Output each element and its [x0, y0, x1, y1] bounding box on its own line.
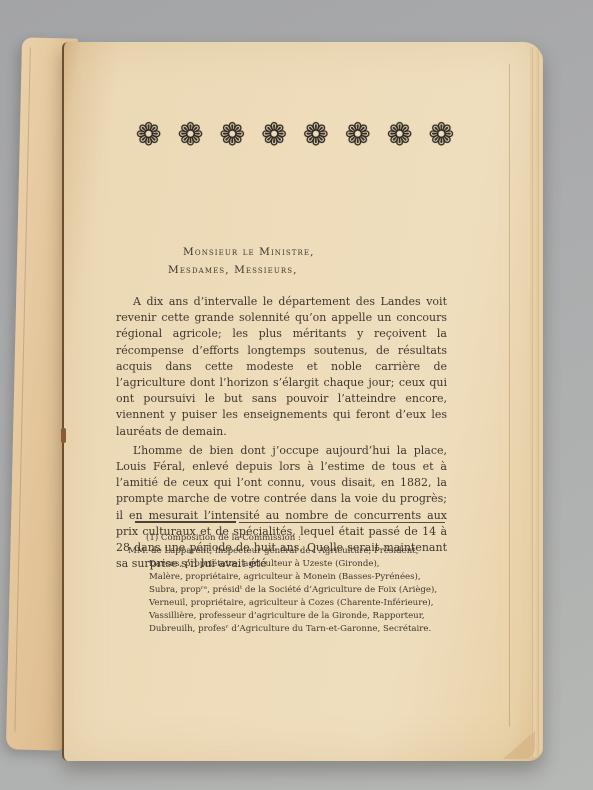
footnote-member: Subra, propʳᵉ, présidᵗ de la Société d’A…: [149, 584, 450, 597]
paragraph: A dix ans d’intervalle le département de…: [116, 294, 447, 440]
footnote-rule-segment: [239, 522, 445, 523]
salutation-line: Monsieur le Ministre,: [183, 243, 315, 261]
ornament-band: ❁ ❁ ❁ ❁ ❁ ❁ ❁ ❁: [0, 114, 593, 156]
binding-thread: [61, 428, 66, 443]
footnote-rule-segment: [135, 521, 236, 523]
footnote-member: Vassillière, professeur d’agriculture de…: [149, 610, 450, 623]
footnote-member: Darcos, propriétaire, agriculteur à Uzes…: [149, 558, 450, 571]
footnote: (1) Composition de la Commission : MM. d…: [128, 532, 450, 636]
footnote-rule: [135, 521, 445, 523]
footnote-heading: (1) Composition de la Commission :: [146, 532, 450, 545]
page-fold-crease: [509, 64, 510, 727]
salutation: Monsieur le Ministre, Mesdames, Messieur…: [168, 243, 315, 279]
footnote-member: Dubreuilh, profesʳ d’Agriculture du Tarn…: [149, 623, 450, 636]
worn-corner: [503, 731, 535, 759]
footnote-member: MM. de Lapparent, inspecteur général de …: [128, 545, 450, 558]
salutation-line: Mesdames, Messieurs,: [168, 261, 315, 279]
body-text: A dix ans d’intervalle le département de…: [116, 294, 447, 572]
footnote-member: Verneuil, propriétaire, agriculteur à Co…: [149, 597, 450, 610]
photo-scene: ❁ ❁ ❁ ❁ ❁ ❁ ❁ ❁ Monsieur le Ministre, Me…: [0, 0, 593, 790]
footnote-member: Malère, propriétaire, agriculteur à Mone…: [149, 571, 450, 584]
